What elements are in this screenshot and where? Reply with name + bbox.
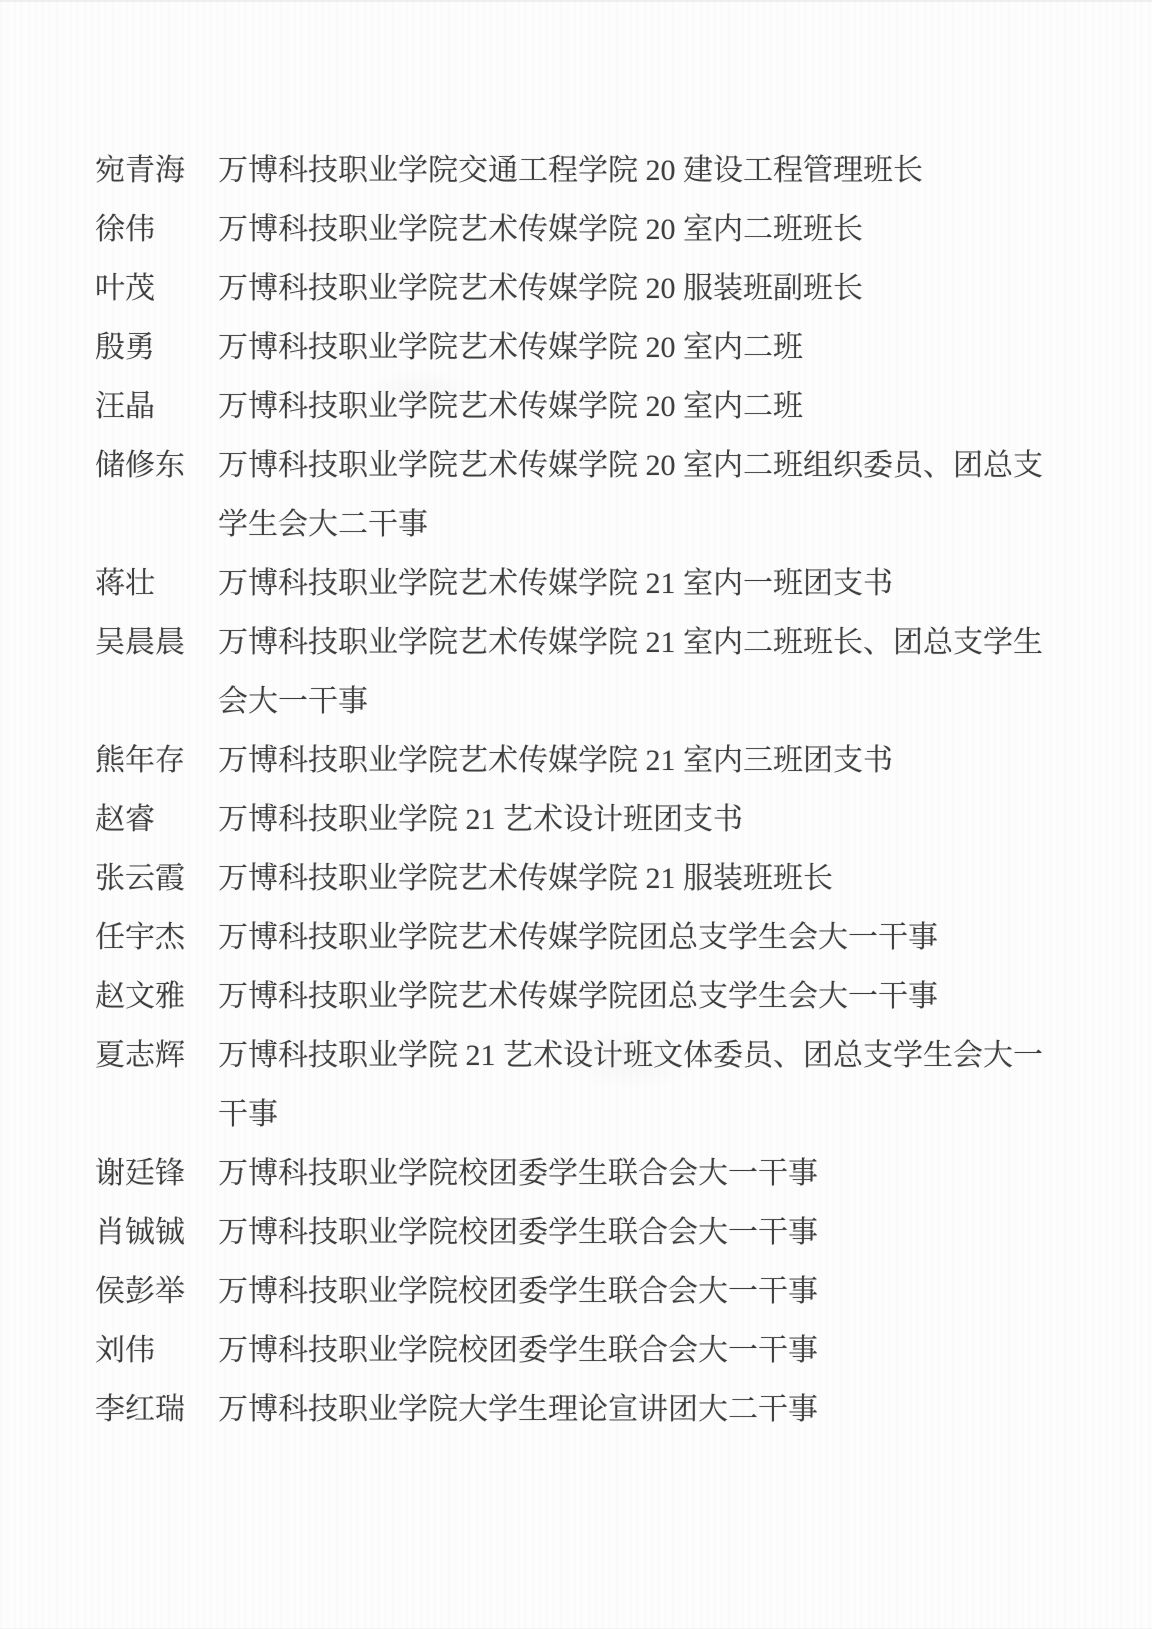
roster-entry: 吴晨晨万博科技职业学院艺术传媒学院 21 室内二班班长、团总支学生会大一干事 bbox=[95, 613, 1080, 731]
person-name: 刘伟 bbox=[95, 1321, 218, 1380]
roster-entry: 谢廷锋万博科技职业学院校团委学生联合会大一干事 bbox=[95, 1144, 1080, 1203]
roster-entry: 侯彭举万博科技职业学院校团委学生联合会大一干事 bbox=[95, 1262, 1080, 1321]
roster-entry: 汪晶万博科技职业学院艺术传媒学院 20 室内二班 bbox=[95, 377, 1080, 436]
roster-entry: 蒋壮万博科技职业学院艺术传媒学院 21 室内一班团支书 bbox=[95, 554, 1080, 613]
person-position-line: 万博科技职业学院交通工程学院 20 建设工程管理班长 bbox=[218, 141, 1080, 200]
person-name: 蒋壮 bbox=[95, 554, 218, 613]
person-name: 肖铖铖 bbox=[95, 1203, 218, 1262]
person-position-line: 万博科技职业学院艺术传媒学院 20 服装班副班长 bbox=[218, 259, 1080, 318]
person-name: 侯彭举 bbox=[95, 1262, 218, 1321]
person-position: 万博科技职业学院校团委学生联合会大一干事 bbox=[218, 1262, 1080, 1321]
person-position: 万博科技职业学院艺术传媒学院 21 室内三班团支书 bbox=[218, 731, 1080, 790]
person-position: 万博科技职业学院大学生理论宣讲团大二干事 bbox=[218, 1380, 1080, 1439]
person-position: 万博科技职业学院艺术传媒学院 21 室内二班班长、团总支学生会大一干事 bbox=[218, 613, 1080, 731]
person-position: 万博科技职业学院艺术传媒学院 20 室内二班组织委员、团总支学生会大二干事 bbox=[218, 436, 1080, 554]
person-name: 汪晶 bbox=[95, 377, 218, 436]
person-position-line: 万博科技职业学院艺术传媒学院 20 室内二班 bbox=[218, 377, 1080, 436]
person-position: 万博科技职业学院 21 艺术设计班文体委员、团总支学生会大一干事 bbox=[218, 1026, 1080, 1144]
person-position-line: 万博科技职业学院艺术传媒学院 20 室内二班组织委员、团总支 bbox=[218, 436, 1080, 495]
person-name: 熊年存 bbox=[95, 731, 218, 790]
document-page: 宛青海万博科技职业学院交通工程学院 20 建设工程管理班长徐伟万博科技职业学院艺… bbox=[0, 0, 1152, 1629]
roster-entry: 殷勇万博科技职业学院艺术传媒学院 20 室内二班 bbox=[95, 318, 1080, 377]
roster-entry: 李红瑞万博科技职业学院大学生理论宣讲团大二干事 bbox=[95, 1380, 1080, 1439]
person-name: 吴晨晨 bbox=[95, 613, 218, 672]
person-position: 万博科技职业学院艺术传媒学院团总支学生会大一干事 bbox=[218, 908, 1080, 967]
roster-entry: 任宇杰万博科技职业学院艺术传媒学院团总支学生会大一干事 bbox=[95, 908, 1080, 967]
person-position: 万博科技职业学院交通工程学院 20 建设工程管理班长 bbox=[218, 141, 1080, 200]
person-position-line: 万博科技职业学院艺术传媒学院团总支学生会大一干事 bbox=[218, 908, 1080, 967]
person-position: 万博科技职业学院艺术传媒学院 20 室内二班 bbox=[218, 318, 1080, 377]
roster-entry: 刘伟万博科技职业学院校团委学生联合会大一干事 bbox=[95, 1321, 1080, 1380]
person-name: 赵文雅 bbox=[95, 967, 218, 1026]
person-position-line: 万博科技职业学院 21 艺术设计班文体委员、团总支学生会大一 bbox=[218, 1026, 1080, 1085]
roster-entry: 肖铖铖万博科技职业学院校团委学生联合会大一干事 bbox=[95, 1203, 1080, 1262]
roster-entry: 徐伟万博科技职业学院艺术传媒学院 20 室内二班班长 bbox=[95, 200, 1080, 259]
person-name: 叶茂 bbox=[95, 259, 218, 318]
person-name: 殷勇 bbox=[95, 318, 218, 377]
person-position-line: 万博科技职业学院艺术传媒学院 21 室内一班团支书 bbox=[218, 554, 1080, 613]
person-position-line: 万博科技职业学院艺术传媒学院团总支学生会大一干事 bbox=[218, 967, 1080, 1026]
person-name: 赵睿 bbox=[95, 790, 218, 849]
roster-list: 宛青海万博科技职业学院交通工程学院 20 建设工程管理班长徐伟万博科技职业学院艺… bbox=[95, 141, 1080, 1439]
person-position-line: 万博科技职业学院艺术传媒学院 20 室内二班班长 bbox=[218, 200, 1080, 259]
person-name: 任宇杰 bbox=[95, 908, 218, 967]
person-position: 万博科技职业学院艺术传媒学院团总支学生会大一干事 bbox=[218, 967, 1080, 1026]
person-position-line: 万博科技职业学院大学生理论宣讲团大二干事 bbox=[218, 1380, 1080, 1439]
person-position-line: 干事 bbox=[218, 1085, 1080, 1144]
roster-entry: 宛青海万博科技职业学院交通工程学院 20 建设工程管理班长 bbox=[95, 141, 1080, 200]
person-position: 万博科技职业学院艺术传媒学院 20 室内二班班长 bbox=[218, 200, 1080, 259]
person-position-line: 万博科技职业学院艺术传媒学院 21 室内二班班长、团总支学生 bbox=[218, 613, 1080, 672]
roster-entry: 熊年存万博科技职业学院艺术传媒学院 21 室内三班团支书 bbox=[95, 731, 1080, 790]
person-position: 万博科技职业学院艺术传媒学院 20 室内二班 bbox=[218, 377, 1080, 436]
person-name: 夏志辉 bbox=[95, 1026, 218, 1085]
person-position-line: 万博科技职业学院艺术传媒学院 21 服装班班长 bbox=[218, 849, 1080, 908]
person-position-line: 万博科技职业学院艺术传媒学院 21 室内三班团支书 bbox=[218, 731, 1080, 790]
roster-entry: 赵文雅万博科技职业学院艺术传媒学院团总支学生会大一干事 bbox=[95, 967, 1080, 1026]
roster-entry: 张云霞万博科技职业学院艺术传媒学院 21 服装班班长 bbox=[95, 849, 1080, 908]
person-position-line: 万博科技职业学院校团委学生联合会大一干事 bbox=[218, 1321, 1080, 1380]
person-name: 李红瑞 bbox=[95, 1380, 218, 1439]
person-position-line: 学生会大二干事 bbox=[218, 495, 1080, 554]
person-position: 万博科技职业学院艺术传媒学院 21 室内一班团支书 bbox=[218, 554, 1080, 613]
person-position-line: 会大一干事 bbox=[218, 672, 1080, 731]
person-position: 万博科技职业学院艺术传媒学院 21 服装班班长 bbox=[218, 849, 1080, 908]
person-position-line: 万博科技职业学院校团委学生联合会大一干事 bbox=[218, 1203, 1080, 1262]
person-position: 万博科技职业学院 21 艺术设计班团支书 bbox=[218, 790, 1080, 849]
person-position-line: 万博科技职业学院 21 艺术设计班团支书 bbox=[218, 790, 1080, 849]
person-name: 张云霞 bbox=[95, 849, 218, 908]
roster-entry: 叶茂万博科技职业学院艺术传媒学院 20 服装班副班长 bbox=[95, 259, 1080, 318]
person-name: 宛青海 bbox=[95, 141, 218, 200]
roster-entry: 赵睿万博科技职业学院 21 艺术设计班团支书 bbox=[95, 790, 1080, 849]
roster-entry: 夏志辉万博科技职业学院 21 艺术设计班文体委员、团总支学生会大一干事 bbox=[95, 1026, 1080, 1144]
person-name: 储修东 bbox=[95, 436, 218, 495]
person-position: 万博科技职业学院校团委学生联合会大一干事 bbox=[218, 1144, 1080, 1203]
roster-entry: 储修东万博科技职业学院艺术传媒学院 20 室内二班组织委员、团总支学生会大二干事 bbox=[95, 436, 1080, 554]
person-position-line: 万博科技职业学院艺术传媒学院 20 室内二班 bbox=[218, 318, 1080, 377]
person-position: 万博科技职业学院艺术传媒学院 20 服装班副班长 bbox=[218, 259, 1080, 318]
person-position-line: 万博科技职业学院校团委学生联合会大一干事 bbox=[218, 1144, 1080, 1203]
person-position: 万博科技职业学院校团委学生联合会大一干事 bbox=[218, 1321, 1080, 1380]
person-name: 徐伟 bbox=[95, 200, 218, 259]
person-position-line: 万博科技职业学院校团委学生联合会大一干事 bbox=[218, 1262, 1080, 1321]
person-position: 万博科技职业学院校团委学生联合会大一干事 bbox=[218, 1203, 1080, 1262]
person-name: 谢廷锋 bbox=[95, 1144, 218, 1203]
